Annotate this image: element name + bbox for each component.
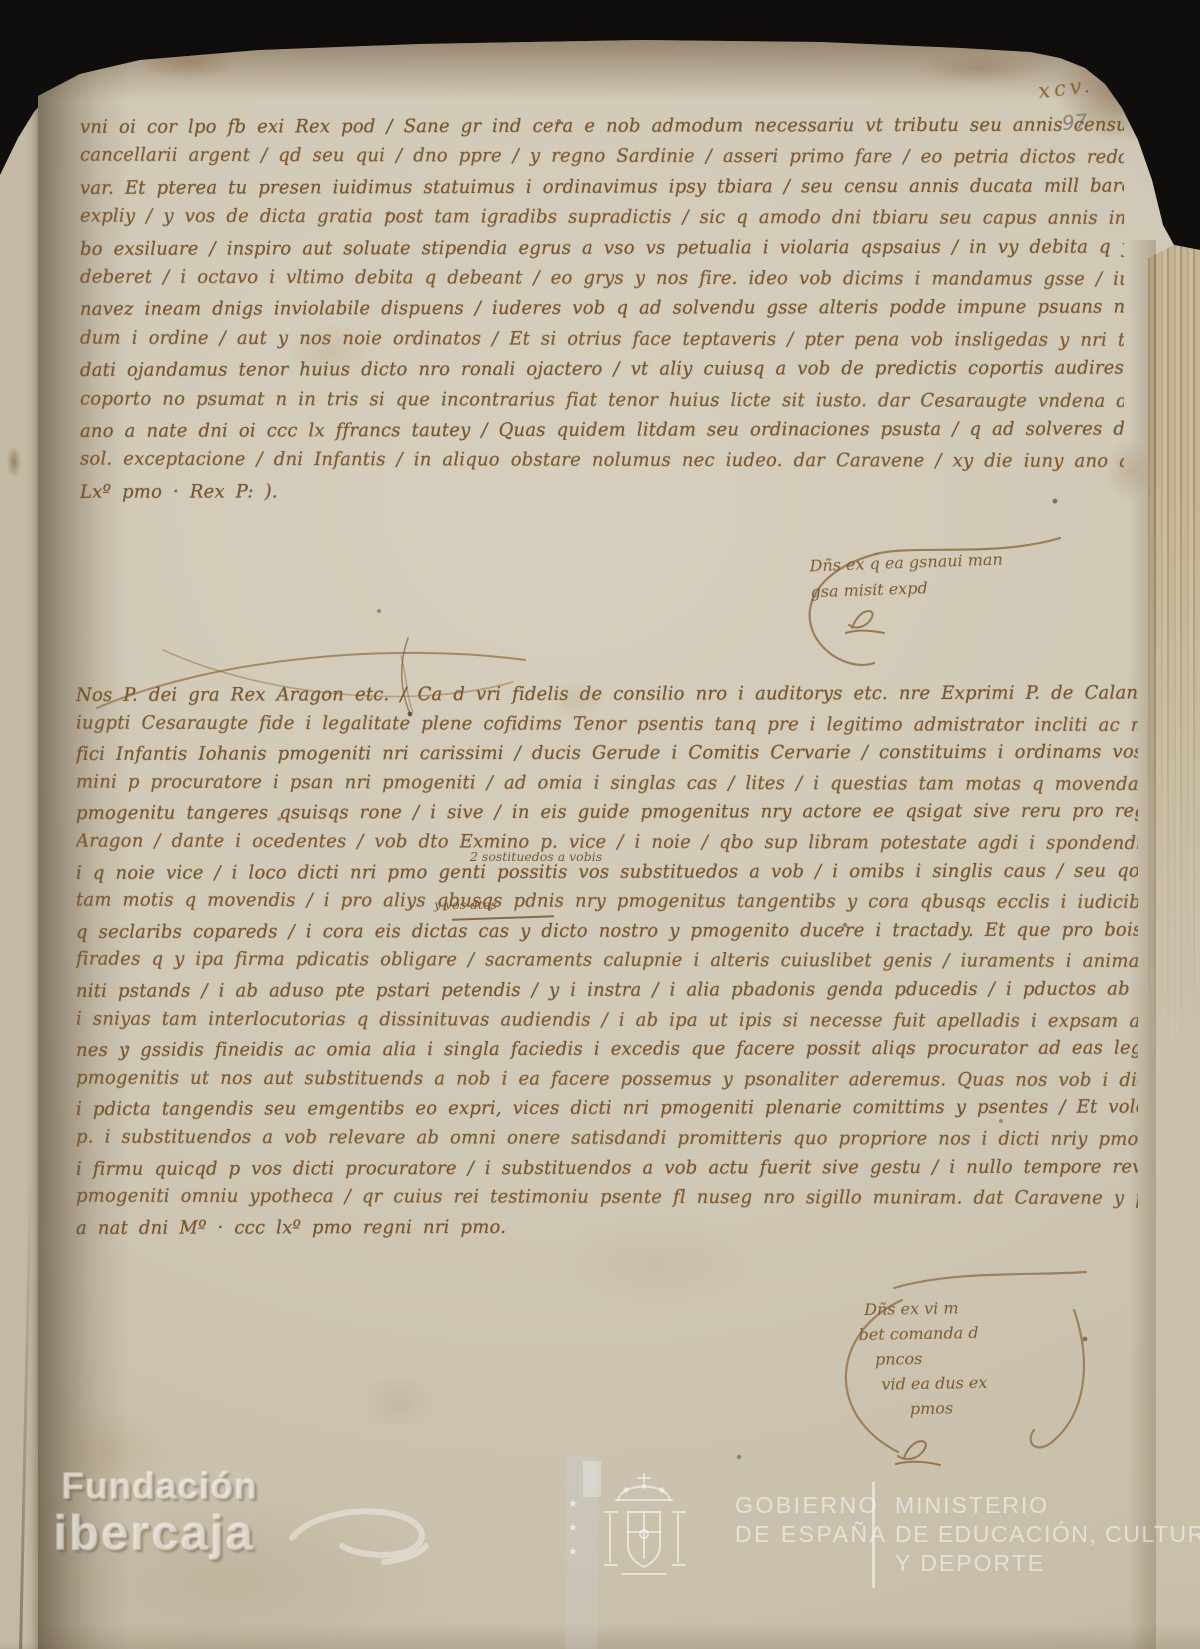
ministry-watermark-line1: MINISTERIO [895, 1492, 1049, 1519]
manuscript-scan: xcv. 97 vni oi cor lpo fb exi Rex pod / … [0, 0, 1200, 1649]
chancery-note-line: pmos [910, 1395, 988, 1421]
archive-watermark-line2: ibercaja [54, 1506, 255, 1562]
ibercaja-swirl-icon [284, 1498, 434, 1568]
chancery-note-line: Dñs ex vi m [864, 1295, 986, 1322]
manuscript-page: xcv. 97 vni oi cor lpo fb exi Rex pod / … [38, 0, 1200, 1649]
chancery-note-2: Dñs ex vi mbet comanda dpncosvid ea dus … [864, 1295, 988, 1422]
eu-star-icon: ★ [568, 1545, 578, 1558]
spain-coat-of-arms-icon [598, 1470, 690, 1585]
chancery-note-line: vid ea dus ex [881, 1370, 987, 1397]
eu-star-icon: ★ [568, 1497, 578, 1510]
ink-specks [38, 0, 40, 2]
chancery-note-line: pncos [875, 1345, 987, 1372]
archive-watermark-line1: Fundación [62, 1466, 258, 1508]
watermark-divider [872, 1482, 875, 1588]
government-watermark-line1: GOBIERNO [735, 1492, 879, 1519]
ministry-watermark-line2: DE EDUCACIÓN, CULTURA [895, 1521, 1200, 1548]
eu-star-icon: ★ [568, 1521, 578, 1534]
government-watermark-line2: DE ESPAÑA [735, 1521, 887, 1548]
chancery-note-line: bet comanda d [858, 1320, 986, 1347]
interlinear-note: y vos dtos [434, 897, 497, 912]
eu-flag-icon: ★ ★ ★ [565, 1455, 597, 1649]
paraph-icon [894, 1428, 942, 1468]
ministry-watermark-line3: Y DEPORTE [895, 1550, 1045, 1577]
interlinear-note: 2 sostituedos a vobis [470, 849, 602, 864]
